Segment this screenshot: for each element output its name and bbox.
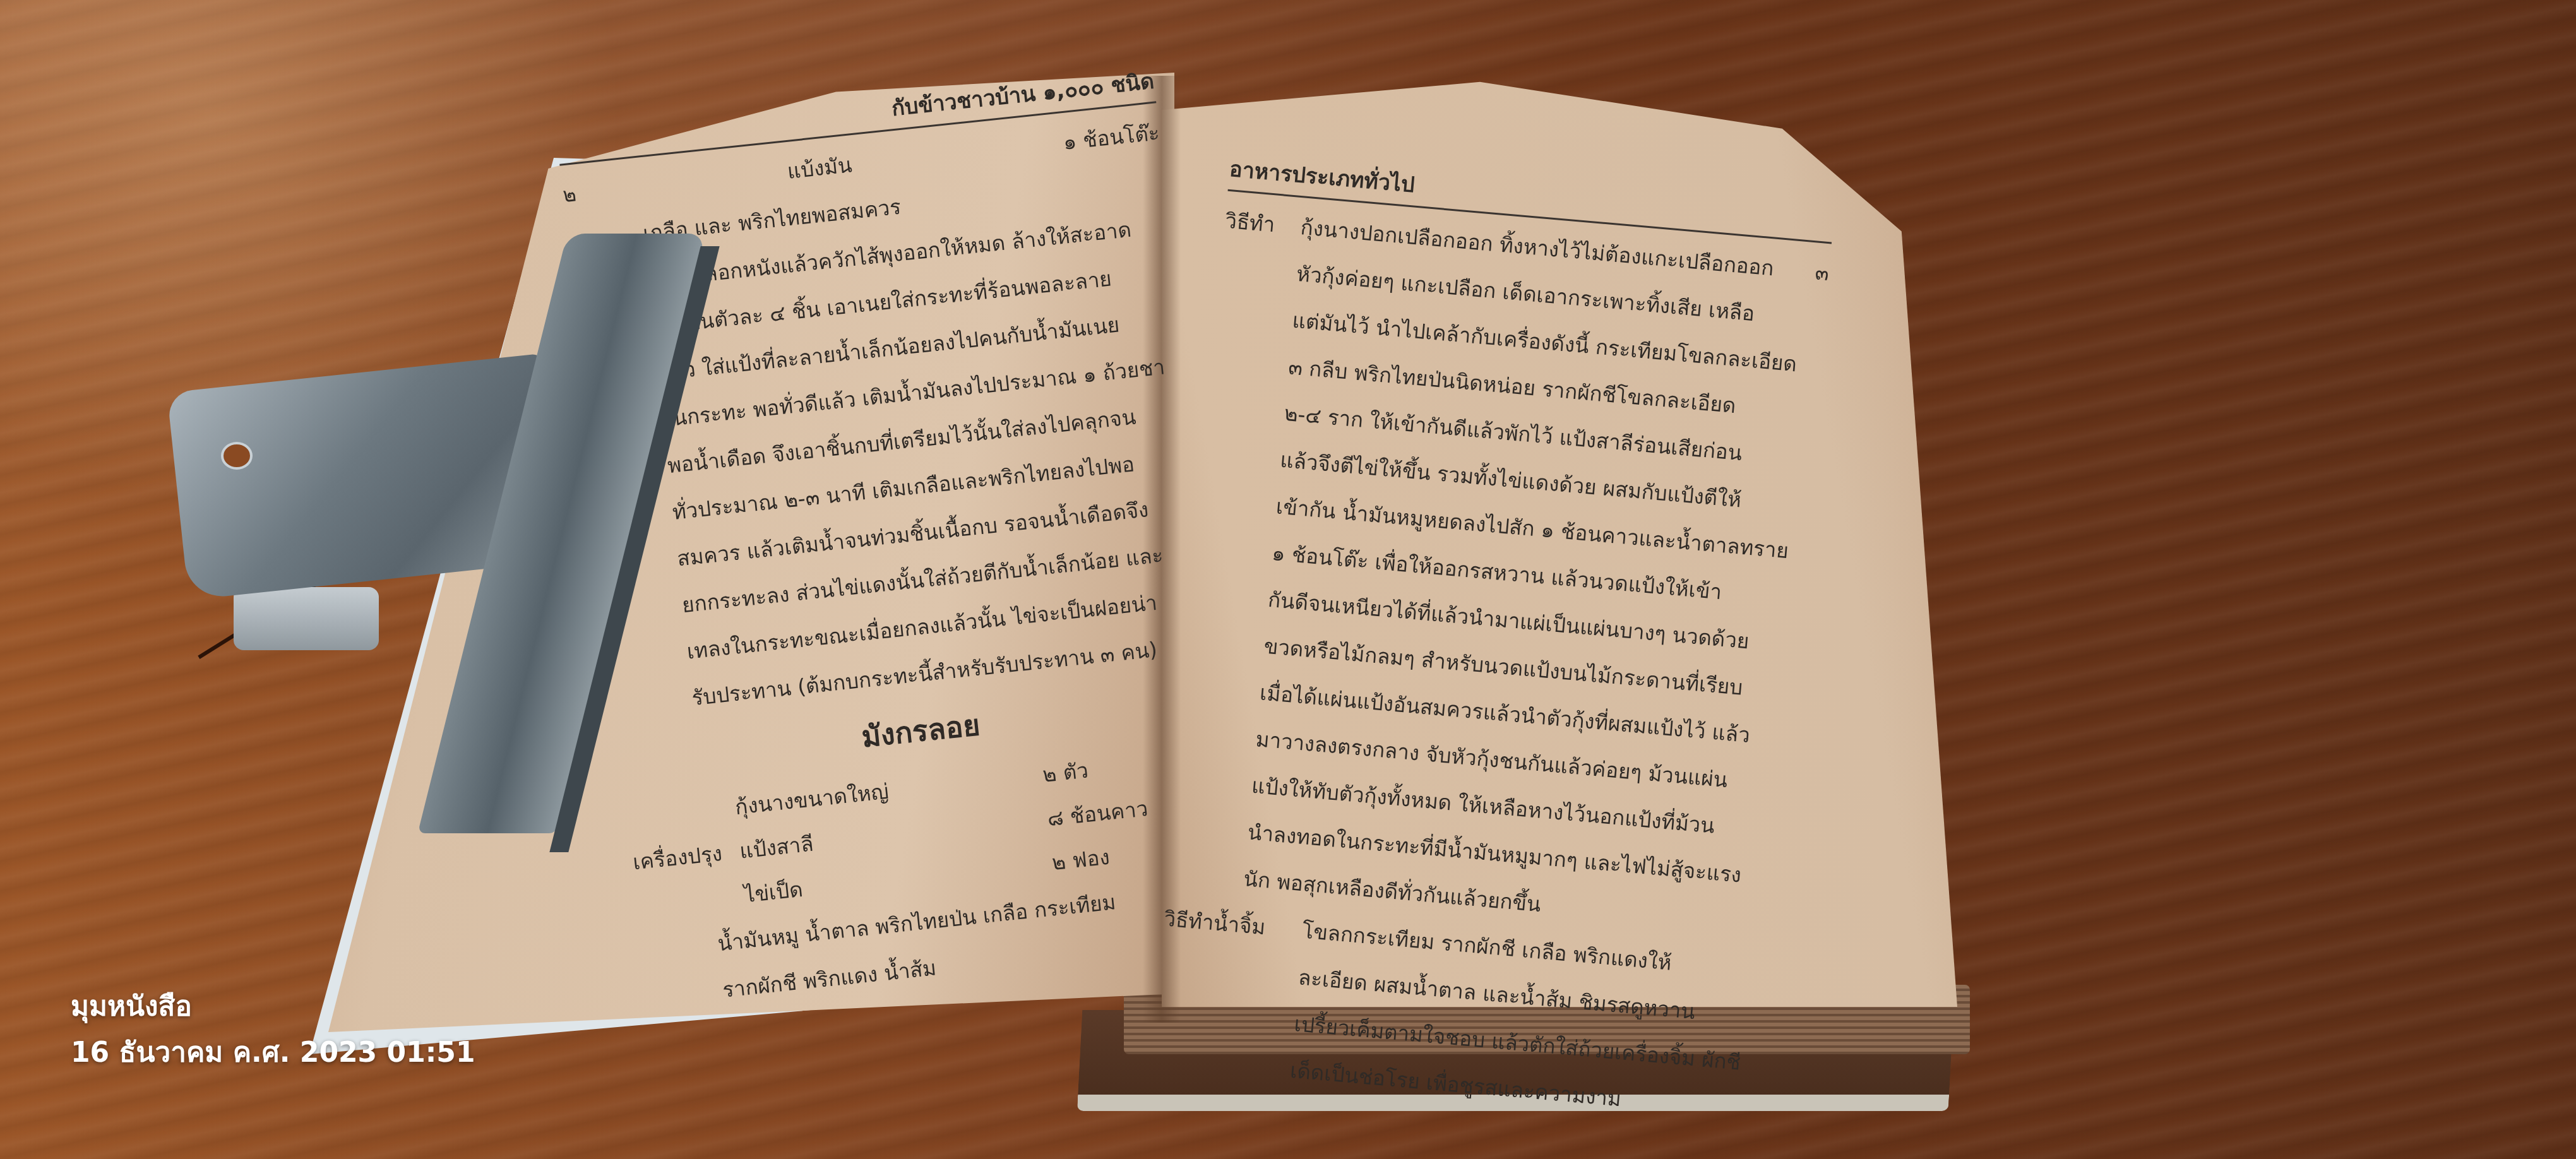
left-page-text: กับข้าวชาวบ้าน ๑,๐๐๐ ชนิด ๒ แบ้งมัน ๑ ช้… — [556, 64, 1246, 1021]
bulldog-clip — [177, 234, 631, 846]
camera-watermark: มุมหนังสือ 16 ธันวาคม ค.ศ. 2023 01:51 — [71, 985, 475, 1077]
method-label: วิธีทำ — [1223, 198, 1303, 251]
right-page-text: อาหารประเภททั่วไป วิธีทำกุ้งนางปอกเปลือก… — [1150, 152, 1835, 1134]
clip-hole — [221, 442, 253, 470]
watermark-datetime: 16 ธันวาคม ค.ศ. 2023 01:51 — [71, 1029, 475, 1077]
ingredient-name: แบ้งมัน — [785, 141, 854, 194]
clip-hinge — [234, 587, 379, 650]
watermark-title: มุมหนังสือ — [71, 985, 475, 1029]
